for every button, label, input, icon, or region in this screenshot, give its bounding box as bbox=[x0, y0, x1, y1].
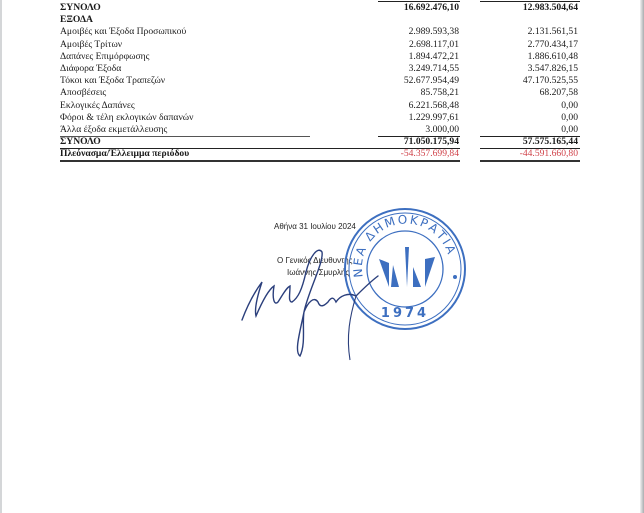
expense-value: 0,00 bbox=[561, 112, 578, 124]
rule-bottom-double-2 bbox=[480, 160, 580, 162]
expense-label: Αποσβέσεις bbox=[60, 87, 106, 99]
expense-row: Άλλα έξοδα εκμετάλλευσης3.000,000,00 bbox=[60, 124, 580, 136]
expense-value: 1.229.997,61 bbox=[409, 112, 459, 124]
expense-value: 1.894.472,21 bbox=[409, 51, 459, 63]
stamp-year: 1974 bbox=[381, 306, 429, 321]
expense-label: Δαπάνες Επιμόρφωσης bbox=[60, 51, 149, 63]
expense-value: 85.758,21 bbox=[421, 87, 459, 99]
expense-value: 68.207,58 bbox=[540, 87, 578, 99]
income-expense-statement: 0,00 0,00 ΣΥΝΟΛΟ 16.692.476,10 12.983.50… bbox=[60, 0, 580, 160]
expense-row: Εκλογικές Δαπάνες6.221.568,480,00 bbox=[60, 100, 580, 112]
expense-row: Αποσβέσεις85.758,2168.207,58 bbox=[60, 87, 580, 99]
expense-label: Άλλα έξοδα εκμετάλλευσης bbox=[60, 124, 167, 136]
expense-rows: Αμοιβές και Έξοδα Προσωπικού2.989.593,38… bbox=[60, 26, 580, 136]
expense-label: Εκλογικές Δαπάνες bbox=[60, 100, 135, 112]
rule-bottom-double-1 bbox=[60, 160, 460, 162]
expense-value: 2.770.434,17 bbox=[528, 39, 578, 51]
expenses-heading: ΕΞΟΔΑ bbox=[60, 14, 580, 26]
income-total-row: ΣΥΝΟΛΟ 16.692.476,10 12.983.504,64 bbox=[60, 2, 580, 14]
expense-label: Φόροι & τέλη εκλογικών δαπανών bbox=[60, 112, 193, 124]
expense-value: 47.170.525,55 bbox=[523, 75, 578, 87]
expense-value: 2.698.117,01 bbox=[409, 39, 459, 51]
expense-value: 1.886.610,48 bbox=[528, 51, 578, 63]
expense-row: Διάφορα Έξοδα3.249.714,553.547.826,15 bbox=[60, 63, 580, 75]
page-edge-left bbox=[0, 0, 2, 513]
expense-row: Αμοιβές και Έξοδα Προσωπικού2.989.593,38… bbox=[60, 26, 580, 38]
expense-value: 6.221.568,48 bbox=[409, 100, 459, 112]
expense-row: Δαπάνες Επιμόρφωσης1.894.472,211.886.610… bbox=[60, 51, 580, 63]
handwritten-signature bbox=[238, 232, 388, 362]
surplus-deficit-row: Πλεόνασμα/Έλλειμμα περιόδου -54.357.699,… bbox=[60, 148, 580, 160]
page-edge-right bbox=[640, 0, 644, 513]
expense-label: Διάφορα Έξοδα bbox=[60, 63, 121, 75]
expense-value: 0,00 bbox=[561, 100, 578, 112]
expense-row: Φόροι & τέλη εκλογικών δαπανών1.229.997,… bbox=[60, 112, 580, 124]
expense-label: Αμοιβές και Έξοδα Προσωπικού bbox=[60, 26, 186, 38]
expense-value: 3.000,00 bbox=[425, 124, 459, 136]
expense-value: 3.249.714,55 bbox=[409, 63, 459, 75]
expense-row: Τόκοι και Έξοδα Τραπεζών52.677.954,4947.… bbox=[60, 75, 580, 87]
expense-label: Αμοιβές Τρίτων bbox=[60, 39, 122, 51]
expenses-total-row: ΣΥΝΟΛΟ 71.050.175,94 57.575.165,44 bbox=[60, 136, 580, 148]
expense-value: 0,00 bbox=[561, 124, 578, 136]
expense-value: 2.131.561,51 bbox=[528, 26, 578, 38]
expense-value: 2.989.593,38 bbox=[409, 26, 459, 38]
expense-value: 52.677.954,49 bbox=[404, 75, 459, 87]
expense-row: Αμοιβές Τρίτων2.698.117,012.770.434,17 bbox=[60, 39, 580, 51]
expense-label: Τόκοι και Έξοδα Τραπεζών bbox=[60, 75, 165, 87]
expense-value: 3.547.826,15 bbox=[528, 63, 578, 75]
